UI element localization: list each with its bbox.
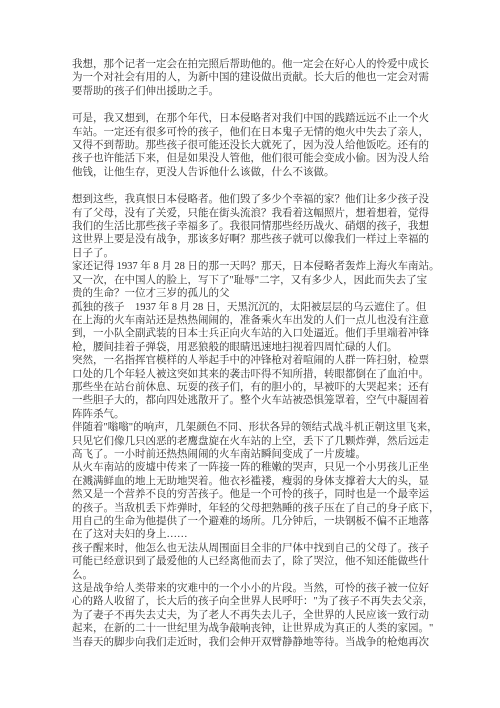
text-line: 日子了。 bbox=[72, 247, 436, 260]
text-line: 高飞了。一小时前还热热闹闹的火车南站瞬间变成了一片废墟。 bbox=[72, 448, 436, 461]
text-line: 要帮助的孩子们伸出援助之手。 bbox=[72, 85, 436, 98]
text-line: 么。 bbox=[72, 569, 436, 582]
text-line: 他钱，让他生存，更没人告诉他什么该做，什么不该做。 bbox=[72, 166, 436, 179]
text-line: 然又是一个营养不良的穷苦孩子。他是一个可怜的孩子，同时也是一个最幸运 bbox=[72, 488, 436, 501]
text-line: 那些坐在站台前休息、玩耍的孩子们，有的胆小的，早被吓的大哭起来；还有 bbox=[72, 381, 436, 394]
paragraph: 可是，我又想到，在那个年代，日本侵略者对我们中国的践踏远远不止一个火车站。一定还… bbox=[72, 112, 436, 179]
paragraph: 孩子醒来时，他怎么也无法从周围面目全非的尸体中找到自己的父母了。孩子可能已经意识… bbox=[72, 542, 436, 582]
text-line: 又得不到帮助。那些孩子很可能还没长大就死了，因为没人给他饭吃。还有的 bbox=[72, 139, 436, 152]
text-line: 一些胆子大的，都向四处逃散开了。整个火车站被恐惧笼罩着，空气中凝固着 bbox=[72, 394, 436, 407]
paragraph: 孤独的孩子 1937 年 8 月 28 日，天黑沉沉的，太阳被层层的乌云遮住了。… bbox=[72, 301, 436, 355]
text-line: 这是战争给人类带来的灾难中的一个小小的片段。当然，可怜的孩子被一位好 bbox=[72, 582, 436, 595]
text-line: 车站。一定还有很多可怜的孩子，他们在日本鬼子无情的炮火中失去了亲人， bbox=[72, 126, 436, 139]
paragraph: 当春天的脚步向我们走近时，我们会伸开双臂静静地等待。当战争的枪炮再次 bbox=[72, 636, 436, 649]
text-line: 在溅满鲜血的地上无助地哭着。他衣衫褴褛，瘦弱的身体支撑着大大的头，显 bbox=[72, 475, 436, 488]
paragraph: 我想，那个记者一定会在拍完照后帮助他的。他一定会在好心人的怜爱中成长为一个对社会… bbox=[72, 58, 436, 98]
text-line: 枪，腰间挂着子弹袋，用恶狼般的眼睛迅速地扫视着四周忙碌的人们。 bbox=[72, 341, 436, 354]
document-page: 我想，那个记者一定会在拍完照后帮助他的。他一定会在好心人的怜爱中成长为一个对社会… bbox=[0, 0, 500, 708]
text-line: 为了妻子不再失去丈夫，为了老人不再失去儿子，全世界的人民应该一致行动 bbox=[72, 609, 436, 622]
text-line: 的孩子。当敌机丢下炸弹时，年轻的父母把熟睡的孩子压在了自己的身子底下， bbox=[72, 502, 436, 515]
paragraph: 家还记得 1937 年 8 月 28 日的那一天吗？那天，日本侵略者轰炸上海火车… bbox=[72, 260, 436, 300]
document-body: 我想，那个记者一定会在拍完照后帮助他的。他一定会在好心人的怜爱中成长为一个对社会… bbox=[72, 58, 436, 649]
text-line: 可能已经意识到了最爱他的人已经离他而去了，除了哭泣，他不知还能做些什 bbox=[72, 555, 436, 568]
text-line: 为一个对社会有用的人，为新中国的建设做出贡献。长大后的他也一定会对需 bbox=[72, 71, 436, 84]
text-line: 心的路人收留了，长大后的孩子向全世界人民呼吁："为了孩子不再失去父亲， bbox=[72, 595, 436, 608]
text-line: 在上海的火车南站还是热热闹闹的，准备乘火车出发的人们一点儿也没有注意 bbox=[72, 314, 436, 327]
text-line: 孩子也许能活下来，但是如果没人管他，他们很可能会变成小偷。因为没人给 bbox=[72, 152, 436, 165]
paragraph: 伴随着"嗡嗡"的响声，几架颜色不同、形状各异的领结式战斗机正朝这里飞来，只见它们… bbox=[72, 421, 436, 461]
text-line: 在了这对夫妇的身上…… bbox=[72, 528, 436, 541]
text-line: 我们的生活比那些孩子幸福多了。我很同情那些经历战火、硝烟的孩子，我想 bbox=[72, 220, 436, 233]
text-line: 只见它们像几只凶恶的老鹰盘旋在火车站的上空，丢下了几颗炸弹，然后远走 bbox=[72, 435, 436, 448]
paragraph: 这是战争给人类带来的灾难中的一个小小的片段。当然，可怜的孩子被一位好心的路人收留… bbox=[72, 582, 436, 636]
text-line: 我想，那个记者一定会在拍完照后帮助他的。他一定会在好心人的怜爱中成长 bbox=[72, 58, 436, 71]
text-line: 又一次，在中国人的脸上，写下了"耻辱"二字，又有多少人，因此而失去了宝 bbox=[72, 274, 436, 287]
text-line: 口处的几个年轻人被这突如其来的袭击吓得不知所措，转眼都倒在了血泊中。 bbox=[72, 368, 436, 381]
text-line: 可是，我又想到，在那个年代，日本侵略者对我们中国的践踏远远不止一个火 bbox=[72, 112, 436, 125]
text-line: 用自己的生命为他提供了一个避难的场所。几分钟后，一块钢板不偏不正地落 bbox=[72, 515, 436, 528]
paragraph: 突然，一名指挥官模样的人举起手中的冲锋枪对着喧闹的人群一阵扫射，检票口处的几个年… bbox=[72, 354, 436, 421]
text-line: 想到这些，我真恨日本侵略者。他们毁了多少个幸福的家？他们让多少孩子没 bbox=[72, 193, 436, 206]
paragraph: 想到这些，我真恨日本侵略者。他们毁了多少个幸福的家？他们让多少孩子没有了父母，没… bbox=[72, 193, 436, 260]
text-line: 家还记得 1937 年 8 月 28 日的那一天吗？那天，日本侵略者轰炸上海火车… bbox=[72, 260, 436, 273]
text-line: 当春天的脚步向我们走近时，我们会伸开双臂静静地等待。当战争的枪炮再次 bbox=[72, 636, 436, 649]
text-line: 突然，一名指挥官模样的人举起手中的冲锋枪对着喧闹的人群一阵扫射，检票 bbox=[72, 354, 436, 367]
text-line: 有了父母，没有了关爱，只能在街头流浪？我看着这幅照片，想着想着，觉得 bbox=[72, 207, 436, 220]
text-line: 起来，在新的二十一世纪里为战争敲响丧钟，让世界成为真正的人类的家园。" bbox=[72, 622, 436, 635]
paragraph: 从火车南站的废墟中传来了一阵接一阵的稚嫩的哭声，只见一个小男孩儿正坐在溅满鲜血的… bbox=[72, 461, 436, 541]
text-line: 贵的生命？一位才三岁的孤儿的父 bbox=[72, 287, 436, 300]
text-line: 孤独的孩子 1937 年 8 月 28 日，天黑沉沉的，太阳被层层的乌云遮住了。… bbox=[72, 301, 436, 314]
text-line: 到，一小队全副武装的日本士兵正向火车站的入口处逼近。他们手里端着冲锋 bbox=[72, 327, 436, 340]
text-line: 这世界上要是没有战争，那该多好啊？那些孩子就可以像我们一样过上幸福的 bbox=[72, 233, 436, 246]
text-line: 阵阵杀气。 bbox=[72, 408, 436, 421]
text-line: 孩子醒来时，他怎么也无法从周围面目全非的尸体中找到自己的父母了。孩子 bbox=[72, 542, 436, 555]
text-line: 从火车南站的废墟中传来了一阵接一阵的稚嫩的哭声，只见一个小男孩儿正坐 bbox=[72, 461, 436, 474]
text-line: 伴随着"嗡嗡"的响声，几架颜色不同、形状各异的领结式战斗机正朝这里飞来， bbox=[72, 421, 436, 434]
